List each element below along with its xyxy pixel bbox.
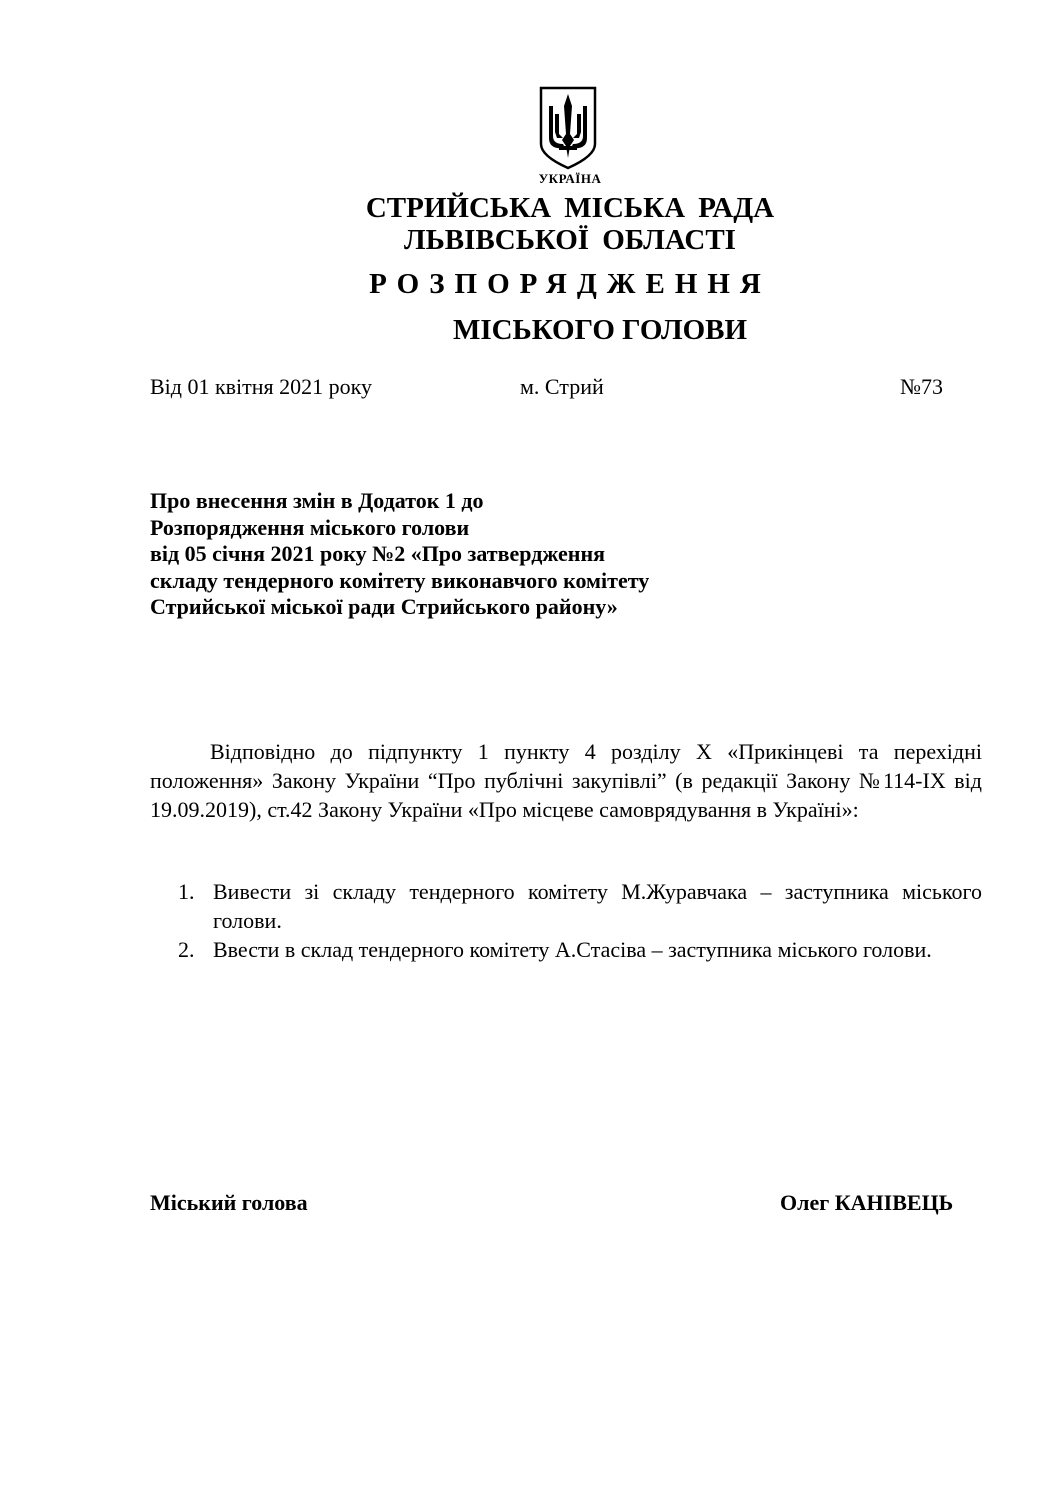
signatory-name: Олег КАНІВЕЦЬ [780,1190,953,1216]
document-city: м. Стрий [520,374,604,400]
subject-line: Про внесення змін в Додаток 1 до [150,488,750,515]
order-item: 1. Вивести зі складу тендерного комітету… [178,877,982,935]
order-number: 2. [178,935,195,964]
document-subject: Про внесення змін в Додаток 1 до Розпоря… [150,488,750,621]
subject-line: складу тендерного комітету виконавчого к… [150,568,750,595]
order-text: Вивести зі складу тендерного комітету М.… [213,879,982,933]
subject-line: від 05 січня 2021 року №2 «Про затвердже… [150,541,750,568]
orders-list: 1. Вивести зі складу тендерного комітету… [178,877,982,964]
document-type: РОЗПОРЯДЖЕННЯ [300,268,840,301]
preamble-paragraph: Відповідно до підпункту 1 пункту 4 розді… [150,737,982,824]
subject-line: Стрийської міської ради Стрийського райо… [150,594,750,621]
order-item: 2. Ввести в склад тендерного комітету А.… [178,935,982,964]
country-label: УКРАЇНА [520,171,620,187]
council-name-line2: ЛЬВІВСЬКОЇ ОБЛАСТІ [300,224,840,256]
council-name: СТРИЙСЬКА МІСЬКА РАДА ЛЬВІВСЬКОЇ ОБЛАСТІ [300,192,840,256]
document-date: Від 01 квітня 2021 року [150,374,372,400]
council-name-line1: СТРИЙСЬКА МІСЬКА РАДА [300,192,840,224]
order-text: Ввести в склад тендерного комітету А.Ста… [213,937,932,962]
trident-coat-of-arms-icon [537,84,599,170]
document-number: №73 [900,374,943,400]
subject-line: Розпорядження міського голови [150,515,750,542]
signatory-role: Міський голова [150,1190,308,1216]
document-subtitle: МІСЬКОГО ГОЛОВИ [330,314,870,347]
order-number: 1. [178,877,195,906]
